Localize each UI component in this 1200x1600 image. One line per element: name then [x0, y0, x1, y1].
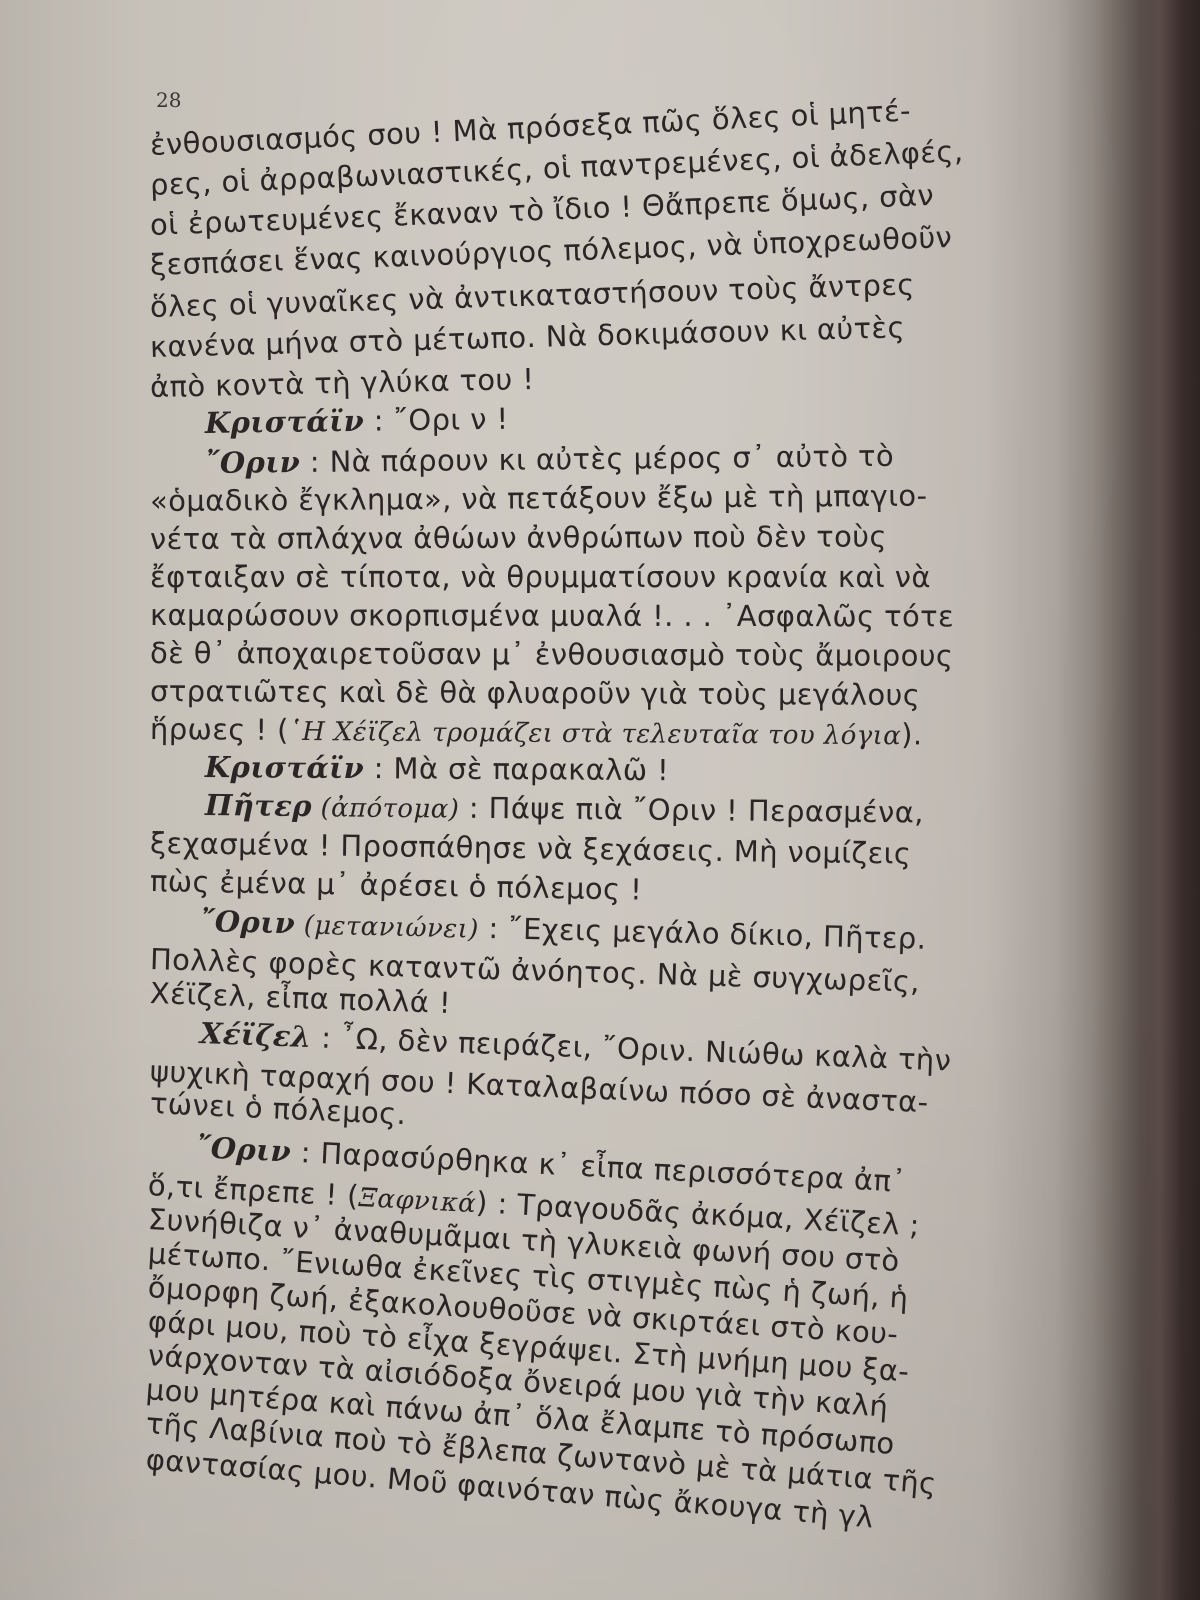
- speaker-name: ῎Οριν: [195, 1130, 292, 1169]
- line-text: πὼς ἐμένα μ᾿ ἀρέσει ὁ πόλεμος !: [150, 864, 643, 907]
- stage-direction: ῾Η Χέϊζελ τρομάζει στὰ τελευταῖα του λόγ…: [289, 717, 902, 751]
- speaker-name: Πῆτερ: [205, 788, 312, 823]
- text-line: στρατιῶτες καὶ δὲ θὰ φλυαροῦν γιὰ τοὺς μ…: [150, 674, 920, 712]
- dialogue-line: Κριστάϊν : ῎Ορι ν !: [205, 402, 509, 440]
- dialogue-line: Κριστάϊν : Μὰ σὲ παρακαλῶ !: [205, 750, 669, 787]
- line-text: δὲ θ᾿ ἀποχαιρετοῦσαν μ᾿ ἐνθουσιασμὸ τοὺς…: [150, 636, 954, 673]
- page-body-text: ἐνθουσιασμός σου ! Μὰ πρόσεξα πῶς ὅλες ο…: [0, 0, 1200, 1600]
- speaker-name: Κριστάϊν: [205, 750, 364, 785]
- line-text: ἀπὸ κοντὰ τὴ γλύκα του !: [150, 362, 535, 404]
- line-text: : ῎Ορι ν !: [364, 402, 509, 438]
- text-line: «ὁμαδικὸ ἔγκλημα», νὰ πετάξουν ἔξω μὲ τὴ…: [150, 479, 928, 518]
- line-text: ξεχασμένα ! Προσπάθησε νὰ ξεχάσεις. Μὴ ν…: [150, 826, 912, 871]
- stage-direction: (ἀπότομα): [312, 793, 460, 825]
- line-text-tail: ).: [901, 717, 923, 751]
- text-line: δὲ θ᾿ ἀποχαιρετοῦσαν μ᾿ ἐνθουσιασμὸ τοὺς…: [150, 636, 954, 673]
- line-text: «ὁμαδικὸ ἔγκλημα», νὰ πετάξουν ἔξω μὲ τὴ…: [150, 479, 928, 518]
- line-text: στρατιῶτες καὶ δὲ θὰ φλυαροῦν γιὰ τοὺς μ…: [150, 674, 920, 712]
- line-text: : Νὰ πάρουν κι αὐτὲς μέρος σ᾿ αὐτὸ τὸ: [300, 439, 894, 479]
- line-text: : Μὰ σὲ παρακαλῶ !: [364, 751, 669, 787]
- line-text: καμαρώσουν σκορπισμένα μυαλά !. . . ᾿Ασφ…: [150, 598, 954, 633]
- line-text: νέτα τὰ σπλάχνα ἀθώων ἀνθρώπων ποὺ δὲν τ…: [150, 519, 887, 556]
- dialogue-line: ῎Οριν : Νὰ πάρουν κι αὐτὲς μέρος σ᾿ αὐτὸ…: [205, 439, 894, 480]
- line-text: : Πάψε πιὰ ῎Οριν ! Περασμένα,: [459, 791, 924, 830]
- stage-direction: (μετανιώνει): [295, 910, 479, 944]
- speaker-name: ῎Οριν: [200, 904, 296, 940]
- line-text: : ῎Εχεις μεγάλο δίκιο, Πῆτερ.: [478, 911, 926, 956]
- speaker-name: Κριστάϊν: [205, 404, 365, 440]
- speaker-name: Χέϊζελ: [199, 1016, 312, 1054]
- speaker-name: ῎Οριν: [205, 445, 301, 480]
- line-text: ἔφταιξαν σὲ τίποτα, νὰ θρυμματίσουν κραν…: [150, 560, 931, 594]
- dialogue-line: Πῆτερ (ἀπότομα) : Πάψε πιὰ ῎Οριν ! Περασ…: [205, 788, 924, 830]
- text-line: ξεχασμένα ! Προσπάθησε νὰ ξεχάσεις. Μὴ ν…: [150, 826, 912, 871]
- text-line: πὼς ἐμένα μ᾿ ἀρέσει ὁ πόλεμος !: [150, 864, 643, 907]
- text-line: ἥρωες ! (῾Η Χέϊζελ τρομάζει στὰ τελευταῖ…: [150, 712, 923, 751]
- book-page-photo: 28 ἐνθουσιασμός σου ! Μὰ πρόσεξα πῶς ὅλε…: [0, 0, 1200, 1600]
- text-line: ἀπὸ κοντὰ τὴ γλύκα του !: [150, 362, 535, 404]
- text-line: ἔφταιξαν σὲ τίποτα, νὰ θρυμματίσουν κραν…: [150, 560, 931, 594]
- line-text: ἥρωες ! (: [150, 712, 289, 747]
- text-line: νέτα τὰ σπλάχνα ἀθώων ἀνθρώπων ποὺ δὲν τ…: [150, 519, 887, 556]
- text-line: καμαρώσουν σκορπισμένα μυαλά !. . . ᾿Ασφ…: [150, 598, 954, 633]
